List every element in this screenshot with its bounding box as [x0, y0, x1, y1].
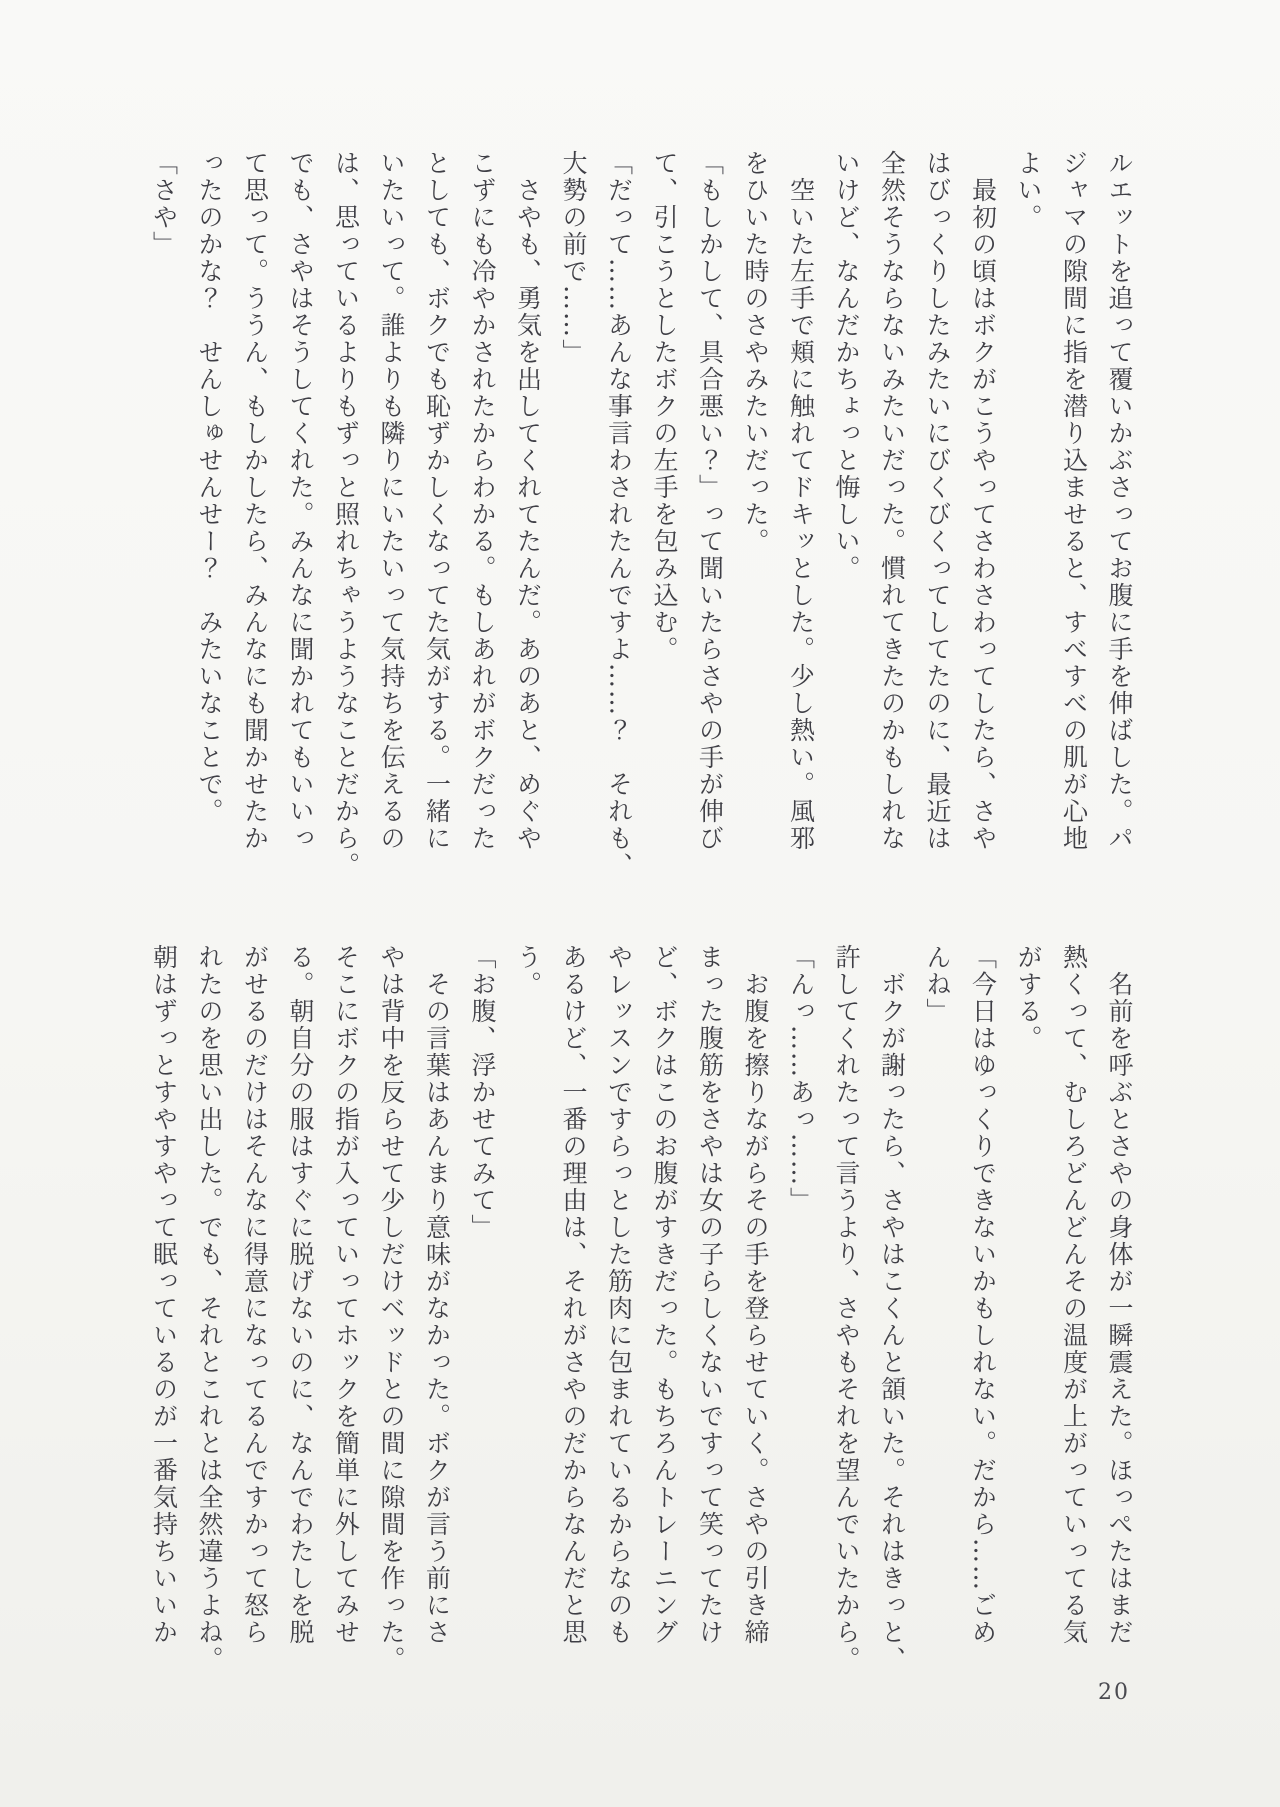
text-column: 「だって……あんな事言わされたんですよ……？ それも、	[596, 150, 642, 862]
text-column: ど、ボクはこのお腹がすきだった。もちろんトレーニング	[642, 944, 688, 1652]
text-column: よい。	[1006, 150, 1052, 862]
text-column: 「お腹、浮かせてみて」	[460, 944, 506, 1652]
text-column: やレッスンですらっとした筋肉に包まれているからなのも	[596, 944, 642, 1652]
text-column: をひいた時のさやみたいだった。	[733, 150, 779, 862]
text-column: る。朝自分の服はすぐに脱げないのに、なんでわたしを脱	[278, 944, 324, 1652]
page-number: 20	[1098, 1680, 1130, 1705]
text-column: 「今日はゆっくりできないかもしれない。だから……ごめ	[960, 944, 1006, 1652]
text-column: 許してくれたって言うより、さやもそれを望んでいたから。	[824, 944, 870, 1652]
text-column: 熱くって、むしろどんどんその温度が上がっていってる気	[1051, 944, 1097, 1652]
text-column: がする。	[1006, 944, 1052, 1652]
text-column: はびっくりしたみたいにびくびくってしてたのに、最近は	[915, 150, 961, 862]
text-column: さやも、勇気を出してくれてたんだ。あのあと、めぐや	[505, 150, 551, 862]
text-column: いたいって。誰よりも隣りにいたいって気持ちを伝えるの	[369, 150, 415, 862]
text-column: でも、さやはそうしてくれた。みんなに聞かれてもいいっ	[278, 150, 324, 862]
text-column: 「んっ……あっ……」	[778, 944, 824, 1652]
text-block-bottom: 名前を呼ぶとさやの身体が一瞬震えた。ほっぺたはまだ熱くって、むしろどんどんその温…	[141, 944, 1142, 1652]
text-column: 名前を呼ぶとさやの身体が一瞬震えた。ほっぺたはまだ	[1097, 944, 1143, 1652]
text-column: んね」	[915, 944, 961, 1652]
text-column: その言葉はあんまり意味がなかった。ボクが言う前にさ	[414, 944, 460, 1652]
text-block-top: ルエットを追って覆いかぶさってお腹に手を伸ばした。パジャマの隙間に指を潜り込ませ…	[141, 150, 1142, 862]
text-column: まった腹筋をさやは女の子らしくないですって笑ってたけ	[687, 944, 733, 1652]
text-column: れたのを思い出した。でも、それとこれとは全然違うよね。	[187, 944, 233, 1652]
text-column: がせるのだけはそんなに得意になってるんですかって怒ら	[232, 944, 278, 1652]
text-column: やは背中を反らせて少しだけベッドとの間に隙間を作った。	[369, 944, 415, 1652]
text-column: 「もしかして、具合悪い？」って聞いたらさやの手が伸び	[687, 150, 733, 862]
text-column: う。	[505, 944, 551, 1652]
text-column: 空いた左手で頬に触れてドキッとした。少し熱い。風邪	[778, 150, 824, 862]
text-column: ボクが謝ったら、さやはこくんと頷いた。それはきっと、	[869, 944, 915, 1652]
text-column: ったのかな？ せんしゅせんせー？ みたいなことで。	[187, 150, 233, 862]
text-column: そこにボクの指が入っていってホックを簡単に外してみせ	[323, 944, 369, 1652]
text-column: 大勢の前で……」	[551, 150, 597, 862]
text-column: いけど、なんだかちょっと悔しい。	[824, 150, 870, 862]
text-column: お腹を擦りながらその手を登らせていく。さやの引き締	[733, 944, 779, 1652]
scanned-novel-page: ルエットを追って覆いかぶさってお腹に手を伸ばした。パジャマの隙間に指を潜り込ませ…	[0, 0, 1280, 1807]
text-column: 「さや」	[141, 150, 187, 862]
text-column: 最初の頃はボクがこうやってさわさわってしたら、さや	[960, 150, 1006, 862]
text-column: ルエットを追って覆いかぶさってお腹に手を伸ばした。パ	[1097, 150, 1143, 862]
text-column: 全然そうならないみたいだった。慣れてきたのかもしれな	[869, 150, 915, 862]
text-column: としても、ボクでも恥ずかしくなってた気がする。一緒に	[414, 150, 460, 862]
text-column: 朝はずっとすやすやって眠っているのが一番気持ちいいか	[141, 944, 187, 1652]
text-column: て、引こうとしたボクの左手を包み込む。	[642, 150, 688, 862]
text-column: こずにも冷やかされたからわかる。もしあれがボクだった	[460, 150, 506, 862]
text-column: ジャマの隙間に指を潜り込ませると、すべすべの肌が心地	[1051, 150, 1097, 862]
text-column: は、思っているよりもずっと照れちゃうようなことだから。	[323, 150, 369, 862]
text-column: あるけど、一番の理由は、それがさやのだからなんだと思	[551, 944, 597, 1652]
text-column: て思って。ううん、もしかしたら、みんなにも聞かせたか	[232, 150, 278, 862]
